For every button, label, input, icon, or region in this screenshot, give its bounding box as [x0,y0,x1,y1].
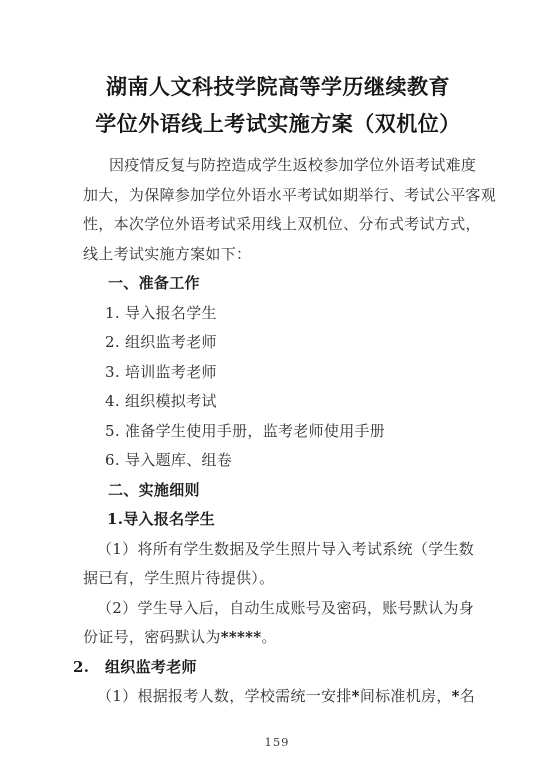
list-marker: 6. [105,446,125,476]
text-run: （1）根据报考人数，学校需统一安排 [97,687,352,705]
document-body: 因疫情反复与防控造成学生返校参加学位外语考试难度加大，为保障参加学位外语水平考试… [83,151,473,712]
text-run: 准备学生使用手册，监考老师使用手册 [125,422,385,440]
document-heading-line: 1.导入报名学生 [83,505,473,535]
text-run: 。 [261,628,276,646]
text-run: 组织监考老师 [105,658,197,676]
list-marker: 5. [105,417,125,447]
document-heading-line: 一、准备工作 [83,269,473,299]
text-run: 因疫情反复与防控造成学生返校参加学位外语考试难度 [109,156,476,174]
document-text-line: 加大，为保障参加学位外语水平考试如期举行、考试公平客观 [83,181,473,211]
text-run: 据已有，学生照片待提供）。 [83,569,274,587]
redacted-asterisks: * [352,687,360,705]
document-text-line: 4.组织模拟考试 [83,387,473,417]
text-run: 份证号，密码默认为 [83,628,221,646]
document-title-line-2: 学位外语线上考试实施方案（双机位） [83,105,473,142]
document-text-line: （1）根据报考人数，学校需统一安排*间标准机房，*名 [83,682,473,712]
document-text-line: 份证号，密码默认为*****。 [83,623,473,653]
document-text-line: 因疫情反复与防控造成学生返校参加学位外语考试难度 [83,151,473,181]
document-text-line: 线上考试实施方案如下： [83,240,473,270]
list-marker: 2. [105,328,125,358]
document-page: 湖南人文科技学院高等学历继续教育 学位外语线上考试实施方案（双机位） 因疫情反复… [0,0,554,783]
document-text-line: 1.导入报名学生 [83,299,473,329]
document-text-line: （2）学生导入后，自动生成账号及密码，账号默认为身 [83,594,473,624]
text-run: 组织监考老师 [125,333,217,351]
list-marker: 2. [73,653,105,683]
text-run: 1.导入报名学生 [107,510,215,528]
document-content: 湖南人文科技学院高等学历继续教育 学位外语线上考试实施方案（双机位） 因疫情反复… [83,68,473,712]
document-text-line: （1）将所有学生数据及学生照片导入考试系统（学生数 [83,535,473,565]
text-run: 导入题库、组卷 [125,451,232,469]
document-heading-line: 2.组织监考老师 [73,653,473,683]
text-run: 组织模拟考试 [125,392,217,410]
text-run: 间标准机房， [360,687,452,705]
document-text-line: 2.组织监考老师 [83,328,473,358]
redacted-asterisks: * [452,687,460,705]
document-text-line: 性，本次学位外语考试采用线上双机位、分布式考试方式， [83,210,473,240]
document-text-line: 5.准备学生使用手册，监考老师使用手册 [83,417,473,447]
page-number: 159 [0,735,554,749]
text-run: 名 [460,687,475,705]
text-run: 二、实施细则 [108,481,200,499]
text-run: （1）将所有学生数据及学生照片导入考试系统（学生数 [97,540,474,558]
document-title-line-1: 湖南人文科技学院高等学历继续教育 [83,68,473,105]
text-run: 加大，为保障参加学位外语水平考试如期举行、考试公平客观 [83,186,496,204]
text-run: 性，本次学位外语考试采用线上双机位、分布式考试方式， [83,215,481,233]
redacted-asterisks: ***** [221,628,262,646]
text-run: 导入报名学生 [125,304,217,322]
list-marker: 4. [105,387,125,417]
document-text-line: 6.导入题库、组卷 [83,446,473,476]
list-marker: 1. [105,299,125,329]
text-run: （2）学生导入后，自动生成账号及密码，账号默认为身 [97,599,474,617]
document-text-line: 据已有，学生照片待提供）。 [83,564,473,594]
list-marker: 3. [105,358,125,388]
document-text-line: 3.培训监考老师 [83,358,473,388]
text-run: 培训监考老师 [125,363,217,381]
document-heading-line: 二、实施细则 [83,476,473,506]
text-run: 线上考试实施方案如下： [83,245,251,263]
text-run: 一、准备工作 [108,274,200,292]
